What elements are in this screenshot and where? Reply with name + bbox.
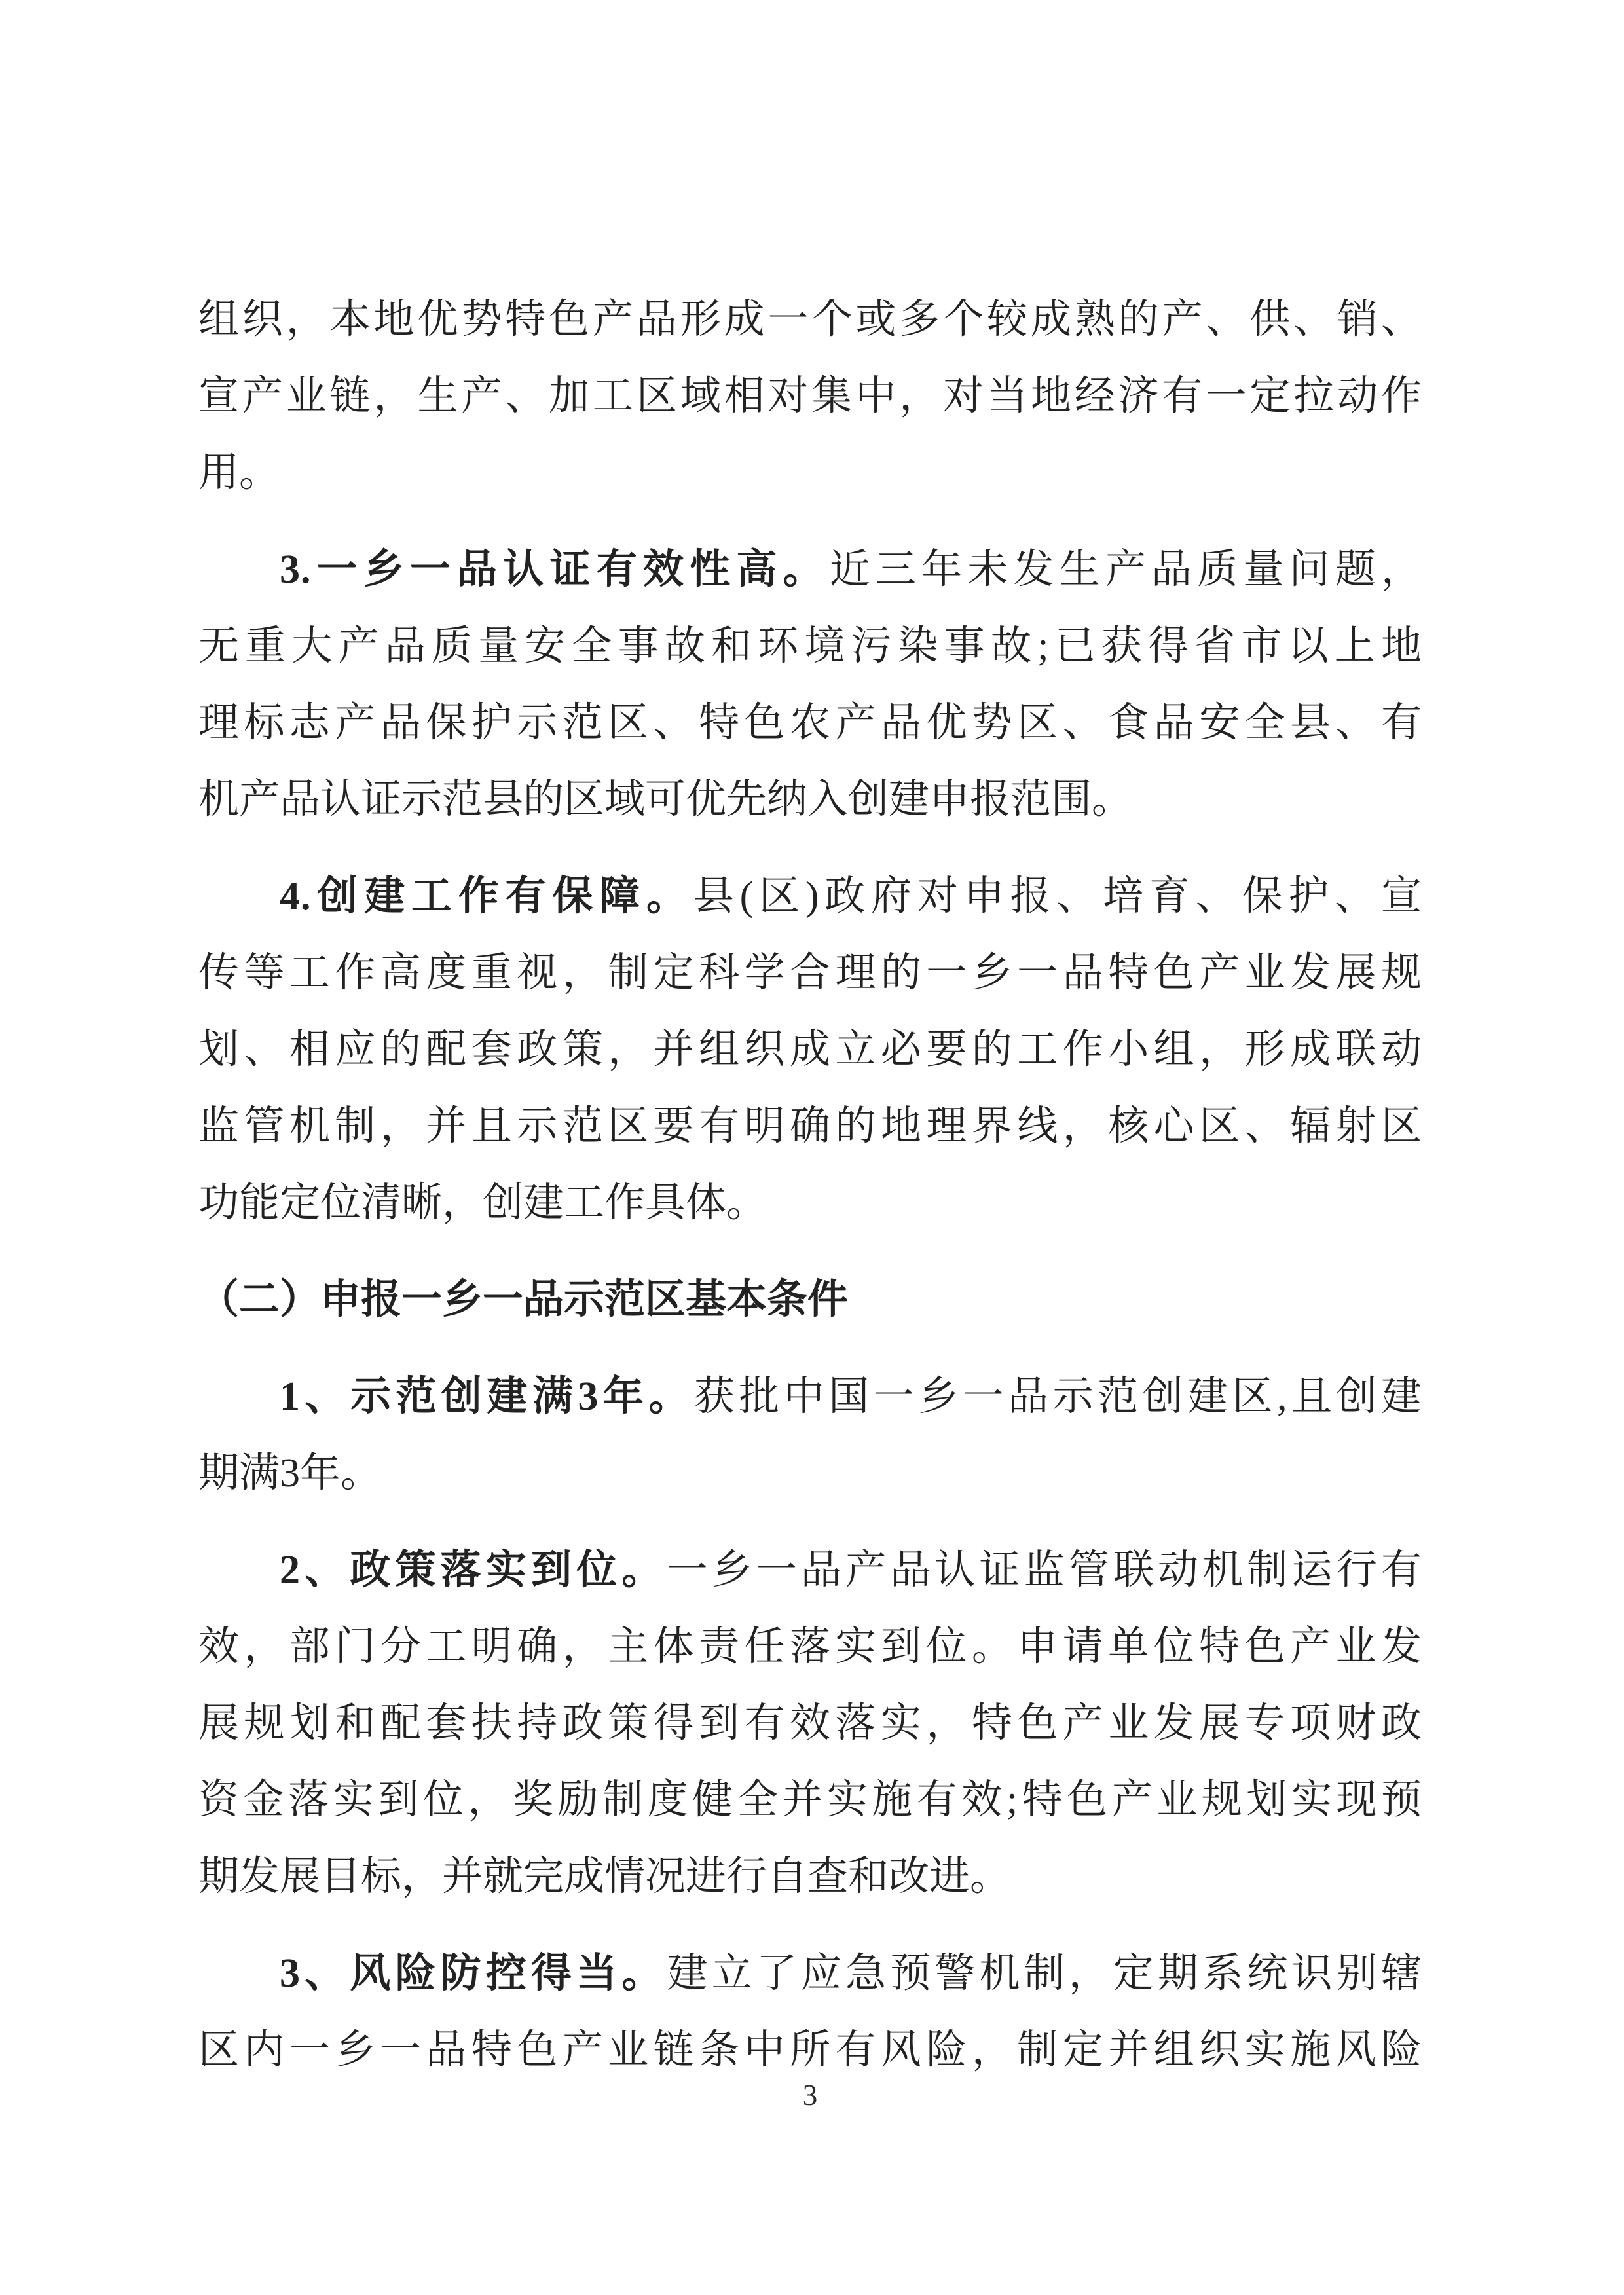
text-line: 1、示范创建满3年。获批中国一乡一品示范创建区,且创建 [198, 1359, 1422, 1435]
para-item-1-three-years: 1、示范创建满3年。获批中国一乡一品示范创建区,且创建 期满3年。 [198, 1359, 1422, 1512]
text-line: 理标志产品保护示范区、特色农产品优势区、食品安全县、有 [198, 685, 1422, 762]
text-line: 宣产业链，生产、加工区域相对集中，对当地经济有一定拉动作 [198, 358, 1422, 435]
document-page: 组织，本地优势特色产品形成一个或多个较成熟的产、供、销、 宣产业链，生产、加工区… [0, 0, 1624, 2295]
text-line: 3、风险防控得当。建立了应急预警机制，定期系统识别辖 [198, 1936, 1422, 2012]
text-line: 资金落实到位，奖励制度健全并实施有效;特色产业规划实现预 [198, 1762, 1422, 1839]
item-lead-rest: 建立了应急预警机制，定期系统识别辖 [667, 1951, 1422, 1996]
text-line: 期发展目标，并就完成情况进行自查和改进。 [198, 1839, 1422, 1915]
para-item-3-risk: 3、风险防控得当。建立了应急预警机制，定期系统识别辖 区内一乡一品特色产业链条中… [198, 1936, 1422, 2089]
item-lead: 3、风险防控得当。 [280, 1951, 667, 1996]
text-line: 组织，本地优势特色产品形成一个或多个较成熟的产、供、销、 [198, 282, 1422, 358]
item-lead-rest: 获批中国一乡一品示范创建区,且创建 [694, 1374, 1422, 1419]
item-lead: 3.一乡一品认证有效性高。 [280, 547, 830, 592]
text-line: 无重大产品质量安全事故和环境污染事故;已获得省市以上地 [198, 608, 1422, 685]
text-line: 机产品认证示范县的区域可优先纳入创建申报范围。 [198, 762, 1422, 838]
text-line: 4.创建工作有保障。县(区)政府对申报、培育、保护、宣 [198, 858, 1422, 935]
para-continuation: 组织，本地优势特色产品形成一个或多个较成熟的产、供、销、 宣产业链，生产、加工区… [198, 282, 1422, 511]
item-lead-rest: 近三年未发生产品质量问题， [830, 547, 1422, 592]
section-heading-2: （二）申报一乡一品示范区基本条件 [198, 1262, 1422, 1338]
text-line: 监管机制，并且示范区要有明确的地理界线，核心区、辐射区 [198, 1088, 1422, 1165]
item-lead-rest: 县(区)政府对申报、培育、保护、宣 [693, 874, 1422, 919]
document-body: 组织，本地优势特色产品形成一个或多个较成熟的产、供、销、 宣产业链，生产、加工区… [198, 282, 1422, 2089]
text-line: 用。 [198, 435, 1422, 511]
text-line: 2、政策落实到位。一乡一品产品认证监管联动机制运行有 [198, 1532, 1422, 1609]
para-item-2-policy: 2、政策落实到位。一乡一品产品认证监管联动机制运行有 效，部门分工明确，主体责任… [198, 1532, 1422, 1915]
para-item-3-certification: 3.一乡一品认证有效性高。近三年未发生产品质量问题， 无重大产品质量安全事故和环… [198, 532, 1422, 838]
text-line: 期满3年。 [198, 1435, 1422, 1512]
item-lead-rest: 一乡一品产品认证监管联动机制运行有 [667, 1548, 1422, 1592]
para-item-4-guarantee: 4.创建工作有保障。县(区)政府对申报、培育、保护、宣 传等工作高度重视，制定科… [198, 858, 1422, 1241]
section-heading-text: （二）申报一乡一品示范区基本条件 [198, 1262, 1422, 1338]
item-lead: 1、示范创建满3年。 [280, 1374, 694, 1419]
text-line: 3.一乡一品认证有效性高。近三年未发生产品质量问题， [198, 532, 1422, 608]
item-lead: 4.创建工作有保障。 [280, 874, 693, 919]
item-lead: 2、政策落实到位。 [280, 1548, 667, 1592]
text-line: 传等工作高度重视，制定科学合理的一乡一品特色产业发展规 [198, 935, 1422, 1012]
page-number: 3 [198, 2072, 1422, 2118]
text-line: 划、相应的配套政策，并组织成立必要的工作小组，形成联动 [198, 1012, 1422, 1088]
text-line: 展规划和配套扶持政策得到有效落实，特色产业发展专项财政 [198, 1685, 1422, 1762]
text-line: 效，部门分工明确，主体责任落实到位。申请单位特色产业发 [198, 1609, 1422, 1685]
text-line: 功能定位清晰，创建工作具体。 [198, 1165, 1422, 1241]
